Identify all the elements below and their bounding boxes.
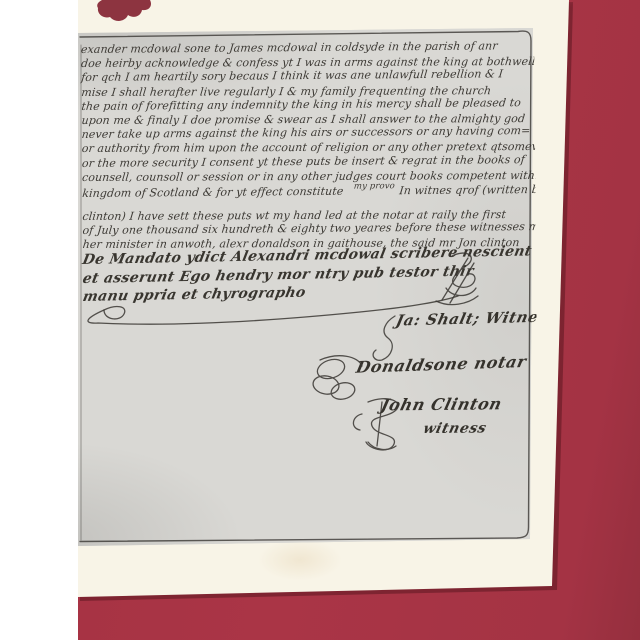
notarial-docquet-line: manu ppria et chyrographo (81, 285, 307, 305)
manuscript-line: counsell, counsoll or session or in any … (81, 169, 538, 185)
signature-witness-label: witness (422, 420, 489, 437)
manuscript-line-with-interline: kingdom of Scotland & for yt effect cons… (82, 183, 539, 202)
manuscript-line: exander mcdowal sone to James mcdowal in… (80, 39, 498, 57)
interline-note: my provo (353, 179, 395, 193)
line-left-part: kingdom of Scotland & for yt effect cons… (82, 185, 344, 201)
line-right-part: In witnes qrof (written be mr (399, 183, 539, 198)
signature-john-clinton: John Clinton (379, 394, 504, 414)
manuscript-line: never take up arms against the king his … (81, 124, 531, 142)
signature-donaldsone: Donaldsone notar (354, 352, 528, 377)
signature-ja-shalt: Ja: Shalt; Witnes (394, 308, 538, 330)
scanned-page: exander mcdowal sone to James mcdowal in… (0, 0, 640, 640)
manuscript-text: exander mcdowal sone to James mcdowal in… (78, 26, 538, 546)
notarial-docquet-line: et asserunt Ego hendry mor ntry pub test… (81, 263, 475, 287)
manuscript-line: the pain of forefitting any indemnity th… (81, 96, 522, 114)
manuscript-line: or the more security I consent yt these … (81, 153, 525, 171)
manuscript-line: for qch I am heartily sory becaus I thin… (80, 67, 503, 85)
manuscript-line: of July one thousand six hundreth & eigh… (82, 220, 539, 238)
paper-tear-hole (94, 0, 156, 26)
